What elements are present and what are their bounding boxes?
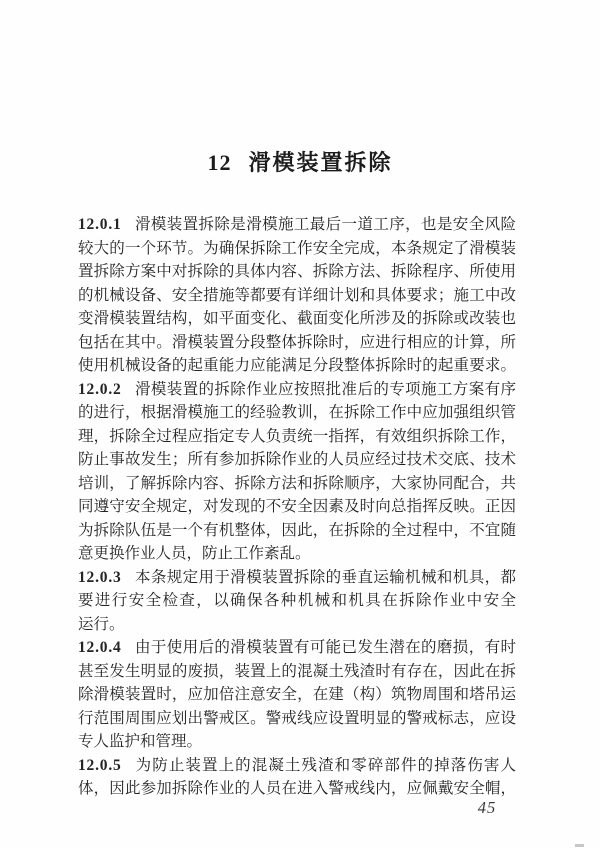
text-line: 行范围周围应划出警戒区。警戒线应设置明显的警戒标志，应设 xyxy=(78,707,516,731)
clause-number: 12.0.2 xyxy=(78,381,122,398)
text-line: 要进行安全检查，以确保各种机械和机具在拆除作业中安全 xyxy=(78,589,516,613)
text-line: 12.0.5为防止装置上的混凝土残渣和零碎部件的掉落伤害人 xyxy=(78,754,516,778)
text-line: 同遵守安全规定，对发现的不安全因素及时向总指挥反映。正因 xyxy=(78,495,516,519)
text-line: 的机械设备、安全措施等都要有详细计划和具体要求；施工中改 xyxy=(78,284,516,308)
scan-edge-artifact xyxy=(575,844,584,847)
text-line: 较大的一个环节。为确保拆除工作安全完成，本条规定了滑模装 xyxy=(78,237,516,261)
body-text: 12.0.1滑模装置拆除是滑模施工最后一道工序，也是安全风险较大的一个环节。为确… xyxy=(78,213,516,801)
clause-first-line-text: 滑模装置拆除是滑模施工最后一道工序，也是安全风险 xyxy=(135,216,516,233)
text-line: 意更换作业人员，防止工作紊乱。 xyxy=(78,542,516,566)
clause-number: 12.0.4 xyxy=(78,639,122,656)
text-line: 理，拆除全过程应指定专人负责统一指挥，有效组织拆除工作， xyxy=(78,425,516,449)
clause-first-line-text: 为防止装置上的混凝土残渣和零碎部件的掉落伤害人 xyxy=(135,757,516,774)
text-line: 包括在其中。滑模装置分段整体拆除时，应进行相应的计算，所 xyxy=(78,331,516,355)
text-line: 培训，了解拆除内容、拆除方法和拆除顺序，大家协同配合，共 xyxy=(78,472,516,496)
text-line: 12.0.3本条规定用于滑模装置拆除的垂直运输机械和机具，都 xyxy=(78,566,516,590)
clause-first-line-text: 由于使用后的滑模装置有可能已发生潜在的磨损，有时 xyxy=(135,639,516,656)
text-line: 专人监护和管理。 xyxy=(78,730,516,754)
clause-number: 12.0.1 xyxy=(78,216,122,233)
text-line: 使用机械设备的起重能力应能满足分段整体拆除时的起重要求。 xyxy=(78,354,516,378)
text-line: 甚至发生明显的废损，装置上的混凝土残渣时有存在，因此在拆 xyxy=(78,660,516,684)
clause-first-line-text: 本条规定用于滑模装置拆除的垂直运输机械和机具，都 xyxy=(135,569,516,586)
text-line: 防止事故发生；所有参加拆除作业的人员应经过技术交底、技术 xyxy=(78,448,516,472)
page-number: 45 xyxy=(452,798,522,818)
text-line: 置拆除方案中对拆除的具体内容、拆除方法、拆除程序、所使用 xyxy=(78,260,516,284)
text-line: 运行。 xyxy=(78,613,516,637)
text-line: 变滑模装置结构，如平面变化、截面变化所涉及的拆除或改装也 xyxy=(78,307,516,331)
chapter-number: 12 xyxy=(207,150,231,175)
chapter-title: 12滑模装置拆除 xyxy=(0,146,600,177)
text-line: 为拆除队伍是一个有机整体，因此，在拆除的全过程中，不宜随 xyxy=(78,519,516,543)
clause-number: 12.0.3 xyxy=(78,569,122,586)
text-line: 12.0.4由于使用后的滑模装置有可能已发生潜在的磨损，有时 xyxy=(78,636,516,660)
text-line: 除滑模装置时，应加倍注意安全，在建（构）筑物周围和塔吊运 xyxy=(78,683,516,707)
text-line: 的进行，根据滑模施工的经验教训，在拆除工作中应加强组织管 xyxy=(78,401,516,425)
document-page: 12滑模装置拆除 12.0.1滑模装置拆除是滑模施工最后一道工序，也是安全风险较… xyxy=(0,0,600,848)
chapter-title-text: 滑模装置拆除 xyxy=(248,150,392,175)
clause-first-line-text: 滑模装置的拆除作业应按照批准后的专项施工方案有序 xyxy=(135,381,516,398)
text-line: 12.0.2滑模装置的拆除作业应按照批准后的专项施工方案有序 xyxy=(78,378,516,402)
text-line: 12.0.1滑模装置拆除是滑模施工最后一道工序，也是安全风险 xyxy=(78,213,516,237)
text-line: 体，因此参加拆除作业的人员在进入警戒线内，应佩戴安全帽， xyxy=(78,777,516,801)
clause-number: 12.0.5 xyxy=(78,757,122,774)
